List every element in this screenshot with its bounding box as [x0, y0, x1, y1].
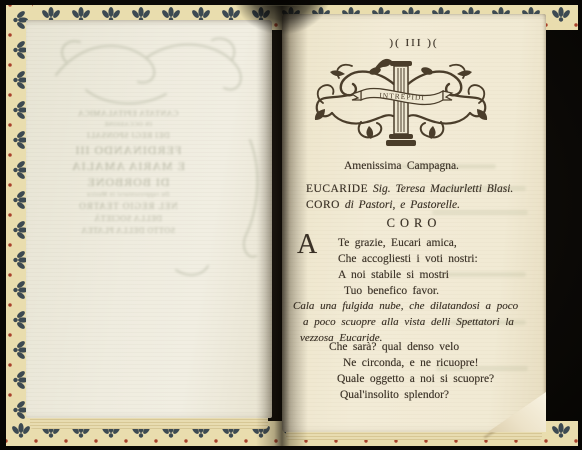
book-photo: CANTATA EPITALAMICA IN OCCASIONE DEI REG… [0, 0, 582, 450]
bleedthrough-line: Da rappresentarsi in Musica [5, 192, 251, 198]
cast-role: CORO [306, 199, 340, 211]
verse-line: Quale oggetto a noi si scuopre? [337, 371, 494, 387]
cast-performer: Sig. Teresa Maciurletti Blasi. [373, 183, 513, 195]
scene-heading: Amenissima Campagna. [344, 160, 459, 172]
cast-role: EUCARIDE [306, 183, 368, 195]
bleedthrough-line: DI BORBONE [5, 176, 251, 188]
bleedthrough-line: E MARIA AMALIA [5, 160, 251, 172]
right-page: )( III )( [282, 14, 546, 432]
bleedthrough-line: DELLA SOCIETÀ [5, 215, 251, 223]
bleedthrough-line: SOTTO DELLA PLATEA [5, 227, 251, 235]
cast-performer: di Pastori, e Pastorelle. [345, 199, 460, 211]
verse-line: Te grazie, Eucari amica, [338, 235, 478, 251]
cast-line: CORO di Pastori, e Pastorelle. [306, 199, 460, 211]
stage-direction-line: Cala una fulgida nube, che dilatandosi a… [293, 298, 546, 314]
bleedthrough-line: CANTATA EPITALAMICA [5, 110, 251, 118]
verse-line: Che sarà? qual denso velo [329, 339, 494, 355]
bleedthrough-line: IN OCCASIONE [5, 122, 251, 128]
left-page: CANTATA EPITALAMICA IN OCCASIONE DEI REG… [26, 20, 272, 418]
verse-line: Che accogliesti i voti nostri: [338, 251, 478, 267]
bleedthrough-line: DEI REGJ SPONSALI [5, 132, 251, 140]
drop-cap: A [297, 231, 317, 259]
chorus-heading: CORO [282, 216, 546, 231]
verse-line: A noi stabile si mostri [338, 267, 478, 283]
folded-corner [488, 392, 546, 432]
stage-direction-line: a poco scuopre alla vista delli Spettato… [303, 314, 546, 330]
bird-icon [374, 59, 392, 70]
bleedthrough-line: NEL REGIO TEATRO [5, 202, 251, 211]
verse-line: Qual'insolito splendor? [340, 387, 494, 403]
page-number-header: )( III )( [282, 37, 546, 49]
bleedthrough-line: FERDINANDO III [5, 144, 251, 156]
emblem-banner-text: INTREPIDI [379, 91, 425, 102]
cast-line: EUCARIDE Sig. Teresa Maciurletti Blasi. [306, 183, 513, 195]
verse-line: Tuo benefico favor. [344, 283, 478, 299]
bleedthrough-text: CANTATA EPITALAMICA IN OCCASIONE DEI REG… [5, 106, 251, 239]
verse-block-2: Che sarà? qual denso velo Ne circonda, e… [282, 339, 494, 403]
verse-block-1: Te grazie, Eucari amica, Che accogliesti… [338, 235, 478, 299]
intrepidi-emblem-ornament: INTREPIDI [309, 55, 493, 151]
verse-line: Ne circonda, e ne ricuopre! [343, 355, 494, 371]
